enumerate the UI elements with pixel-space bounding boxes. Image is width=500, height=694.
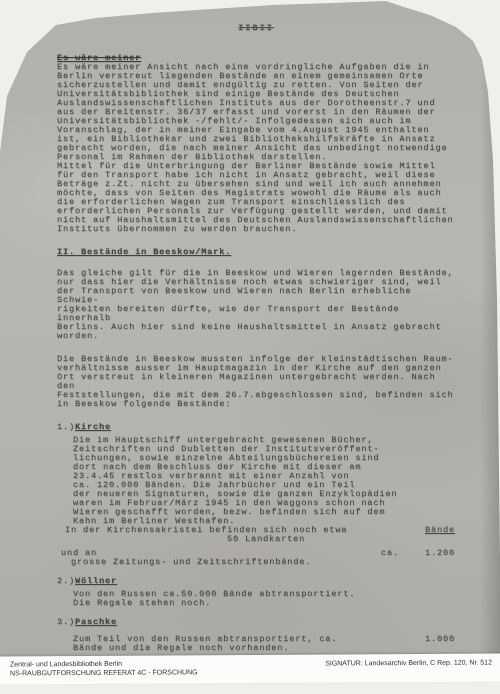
beeskow-paragraph-1: Das gleiche gilt für die in Beeskow und … [57,269,455,341]
item-number: 3.) [57,618,75,627]
footer-signature: SIGNATUR: Landesarchiv Berlin, C Rep. 12… [325,659,492,683]
item-heading: 1.)Kirche [57,423,455,432]
document-page: IIBII Es wäre meiner Es wäre meiner Ansi… [0,0,500,664]
list-item-kirche: 1.)Kirche Die im Hauptschiff untergebrac… [57,423,455,567]
section-heading-beeskow: II. Bestände in Beeskow/Mark. [57,248,455,257]
bande-column-header: Bände [425,526,455,535]
landkarten-line: 50 Landkarten [227,535,455,544]
item-heading: 2.)Wöllner [57,577,455,586]
item-number: 2.) [57,577,75,586]
intro-paragraph: Es wäre meiner Ansicht nach eine vordrin… [57,63,455,234]
paschke-band-count: 1.000 [425,635,455,644]
item-text-line2: Bände und die Regale noch vorhanden. [73,644,455,653]
kirche-value-cell: ca. 1.200 [381,549,455,558]
crossed-out-page-mark: IIBII [57,24,455,33]
beeskow-paragraph-2: Die Bestände in Beeskow mussten infolge … [57,355,455,409]
item-title: Wöllner [75,576,117,586]
scan-background: IIBII Es wäre meiner Es wäre meiner Ansi… [0,0,500,694]
list-item-paschke: 3.)Paschke Zum Teil von den Russen abtra… [57,618,455,653]
archive-footer-bar: Zentral- und Landesbibliothek Berlin NS-… [0,653,500,684]
footer-institution-line2: NS-RAUBGUTFORSCHUNG REFERAT 4C - FORSCHU… [10,669,198,679]
item-body: Von den Russen ca.50.000 Bände abtranspo… [73,590,455,608]
ca-label: ca. [381,549,399,558]
item-title: Paschke [75,617,117,627]
kirche-band-count: 1.200 [425,549,455,558]
item-number: 1.) [57,423,75,432]
list-item-woellner: 2.)Wöllner Von den Russen ca.50.000 Bänd… [57,577,455,608]
zeitungs-line: grosse Zeitungs- und Zeitschriftenbände. [71,558,455,567]
footer-institution: Zentral- und Landesbibliothek Berlin NS-… [10,660,198,684]
item-text-line2: Bände und die Regale noch vorhanden. [73,689,455,694]
item-body: Die im Hauptschiff untergebracht gewesen… [73,436,455,526]
item-title: Kirche [75,422,111,432]
item-heading: 3.)Paschke [57,618,455,627]
typewritten-content: IIBII Es wäre meiner Es wäre meiner Ansi… [57,24,455,694]
section-heading-text: II. Bestände in Beeskow/Mark. [57,247,231,257]
